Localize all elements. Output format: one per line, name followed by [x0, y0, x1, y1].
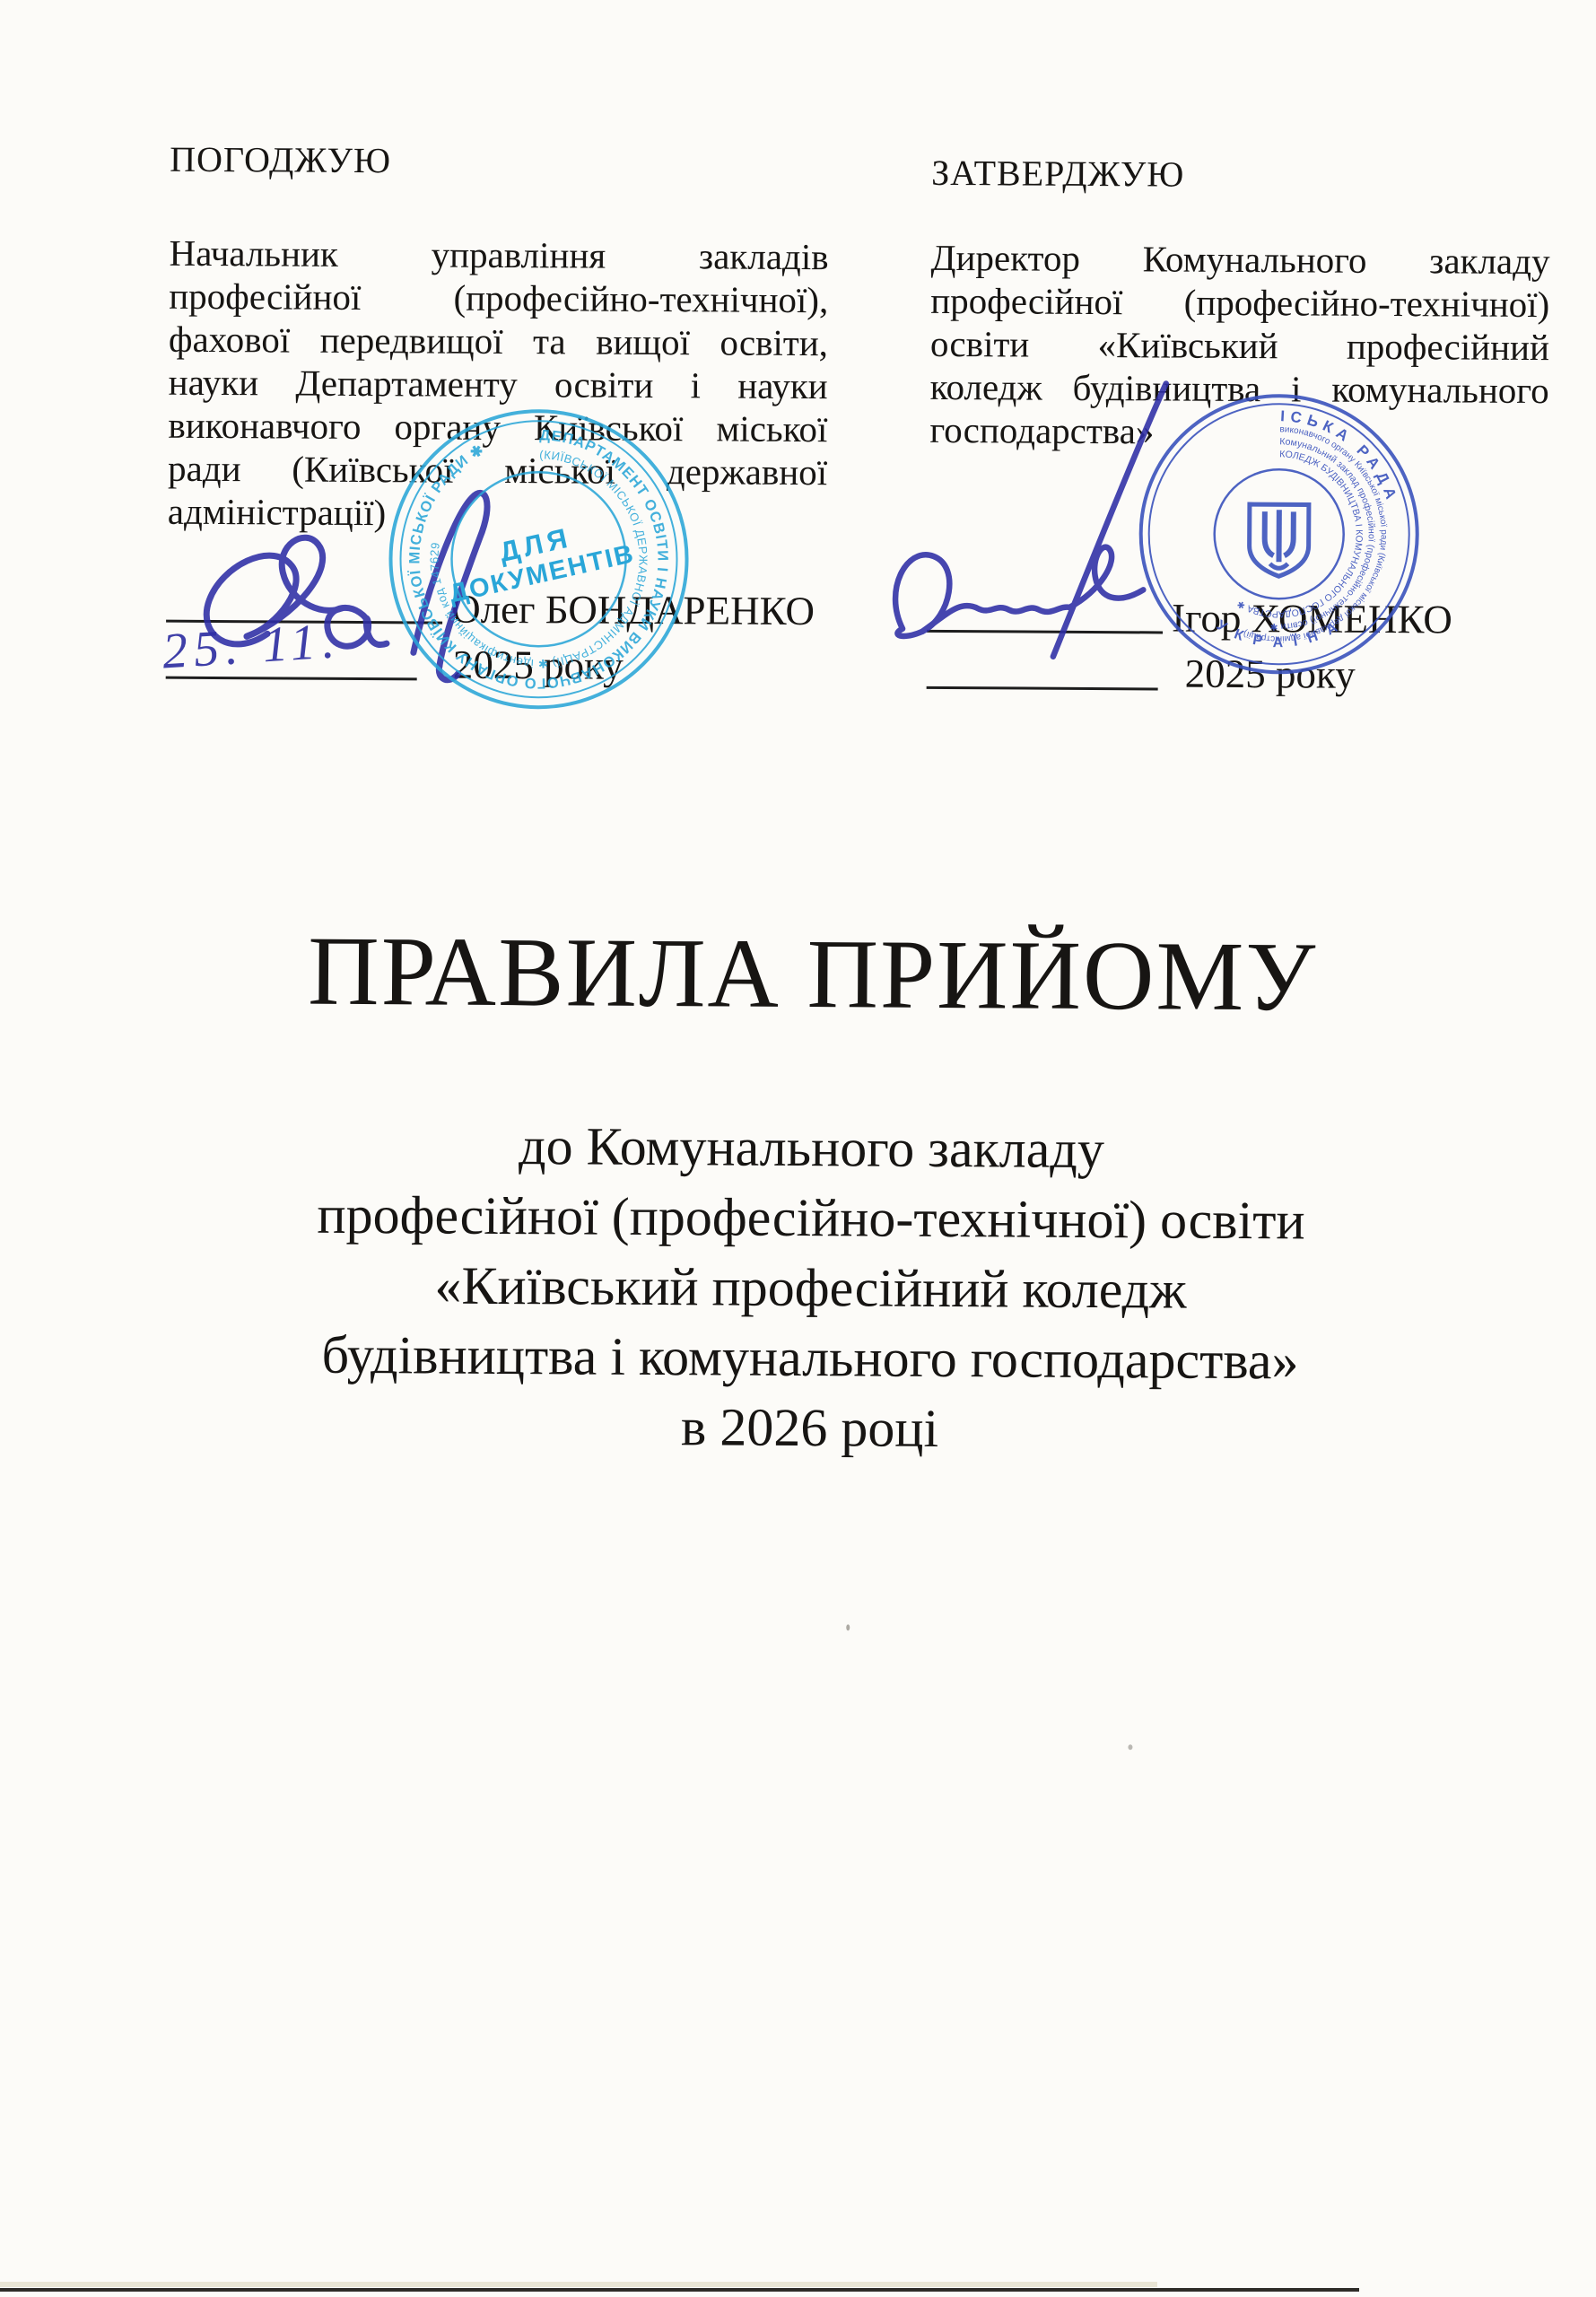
subtitle-line: до Комунального закладу — [107, 1108, 1515, 1187]
agree-heading: ПОГОДЖУЮ — [170, 138, 391, 182]
subtitle-line: в 2026 році — [105, 1388, 1513, 1467]
trident-icon — [1249, 504, 1308, 576]
approve-body-line: Директор Комунального закладу — [930, 236, 1549, 283]
approve-heading: ЗАТВЕРДЖУЮ — [931, 152, 1184, 196]
scan-speck — [846, 1624, 850, 1630]
title-block: ПРАВИЛА ПРИЙОМУ — [108, 913, 1517, 1035]
scan-speck — [1128, 1744, 1132, 1750]
approve-date-line — [927, 686, 1158, 691]
agree-body-line: фахової передвищої та вищої освіти, — [169, 318, 828, 364]
subtitle-line: будівництва і комунального господарства» — [106, 1318, 1514, 1397]
subtitle-line: «Київський професійний коледж — [106, 1248, 1514, 1327]
subtitle-block: до Комунального закладу професійної (про… — [105, 1108, 1515, 1467]
agree-body-line: професійної (професійно-технічної), — [169, 275, 828, 321]
subtitle-line: професійної (професійно-технічної) освіт… — [107, 1178, 1515, 1257]
scanned-document-page: ПОГОДЖУЮ Начальник управління закладів п… — [0, 0, 1596, 2297]
agree-body-line: Начальник управління закладів — [169, 231, 828, 278]
college-round-stamp: КИЇВСЬКА МІСЬКА РАДА У К Р А Ї Н А викон… — [1130, 385, 1428, 683]
scan-artifact-line — [0, 2288, 1359, 2292]
approve-body-line: професійної (професійно-технічної) — [930, 279, 1549, 326]
document-title: ПРАВИЛА ПРИЙОМУ — [108, 913, 1517, 1035]
scan-artifact-smear — [0, 2282, 1157, 2287]
